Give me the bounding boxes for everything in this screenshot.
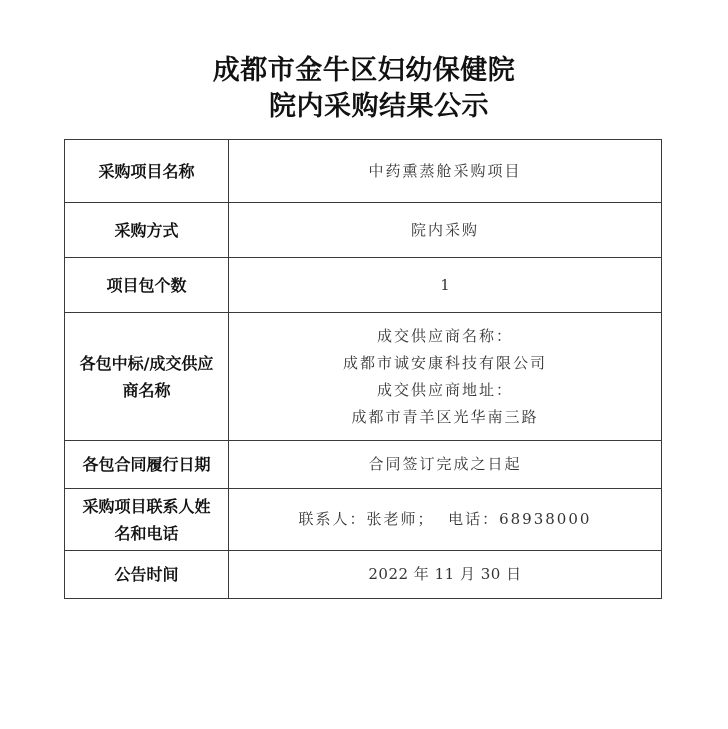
- row-label-contact: 采购项目联系人姓 名和电话: [65, 489, 229, 551]
- row-value-package-count: 1: [229, 258, 662, 313]
- row-label-supplier-line1: 各包中标/成交供应: [65, 350, 228, 377]
- table-row: 采购项目名称 中药熏蒸舱采购项目: [65, 140, 662, 203]
- row-value-contract-date: 合同签订完成之日起: [229, 441, 662, 489]
- supplier-address-heading: 成交供应商地址：: [229, 377, 661, 404]
- row-label-contact-line2: 名和电话: [65, 520, 228, 547]
- document-title-line1: 成都市金牛区妇幼保健院: [0, 48, 728, 87]
- row-label-contract-date: 各包合同履行日期: [65, 441, 229, 489]
- row-label-supplier-line2: 商名称: [65, 377, 228, 404]
- row-value-announcement-date: 2022 年 11 月 30 日: [229, 551, 662, 599]
- table-row: 各包合同履行日期 合同签订完成之日起: [65, 441, 662, 489]
- row-label-contact-line1: 采购项目联系人姓: [65, 493, 228, 520]
- row-label-announcement-date: 公告时间: [65, 551, 229, 599]
- row-value-supplier: 成交供应商名称： 成都市诚安康科技有限公司 成交供应商地址： 成都市青羊区光华南…: [229, 313, 662, 441]
- row-value-procurement-method: 院内采购: [229, 203, 662, 258]
- row-label-procurement-method: 采购方式: [65, 203, 229, 258]
- supplier-name-heading: 成交供应商名称：: [229, 323, 661, 350]
- row-value-project-name: 中药熏蒸舱采购项目: [229, 140, 662, 203]
- row-label-package-count: 项目包个数: [65, 258, 229, 313]
- procurement-result-table: 采购项目名称 中药熏蒸舱采购项目 采购方式 院内采购 项目包个数 1 各包中标/…: [64, 139, 662, 599]
- document-title-line2: 院内采购结果公示: [0, 84, 728, 123]
- table-row: 项目包个数 1: [65, 258, 662, 313]
- table-row: 采购方式 院内采购: [65, 203, 662, 258]
- table-row: 各包中标/成交供应 商名称 成交供应商名称： 成都市诚安康科技有限公司 成交供应…: [65, 313, 662, 441]
- row-value-contact: 联系人：张老师； 电话：68938000: [229, 489, 662, 551]
- row-label-supplier: 各包中标/成交供应 商名称: [65, 313, 229, 441]
- table-row: 公告时间 2022 年 11 月 30 日: [65, 551, 662, 599]
- supplier-address: 成都市青羊区光华南三路: [229, 404, 661, 431]
- row-label-project-name: 采购项目名称: [65, 140, 229, 203]
- supplier-name: 成都市诚安康科技有限公司: [229, 350, 661, 377]
- table-row: 采购项目联系人姓 名和电话 联系人：张老师； 电话：68938000: [65, 489, 662, 551]
